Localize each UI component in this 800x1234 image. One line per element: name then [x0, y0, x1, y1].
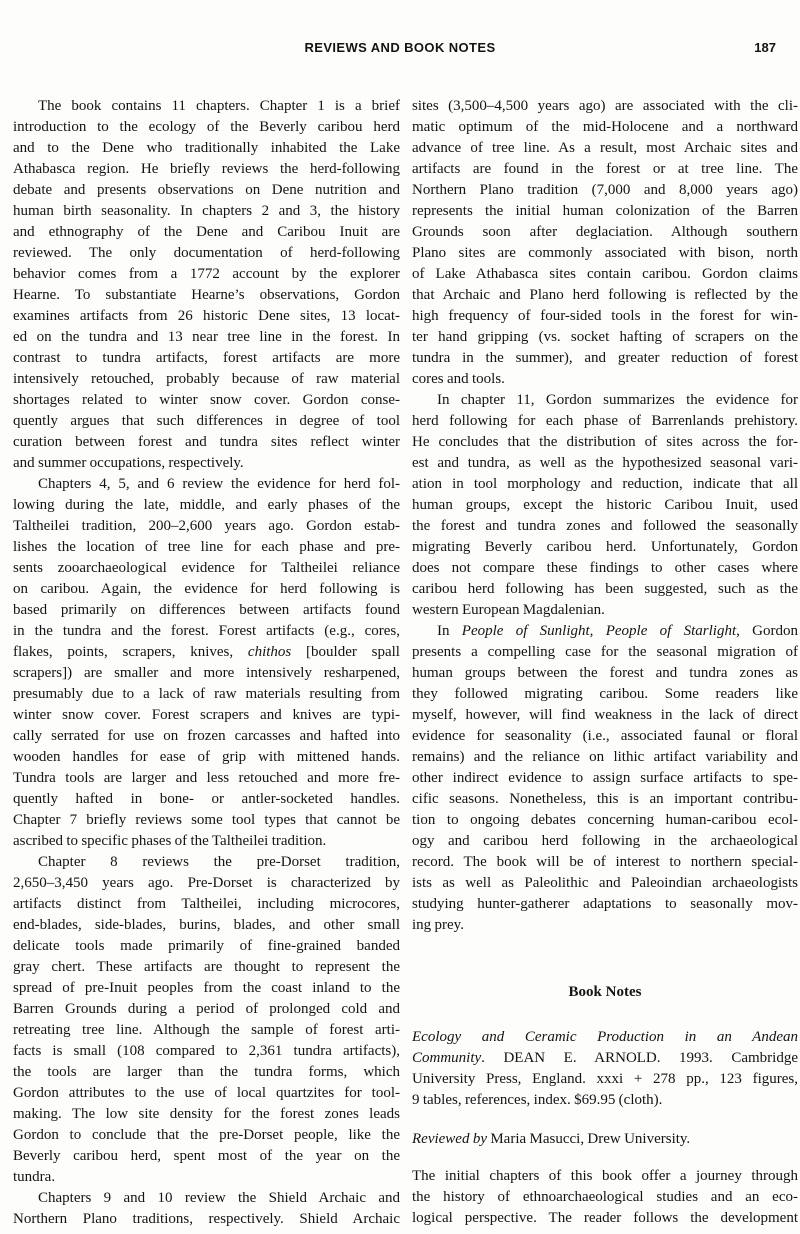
text-line: Reviewed by Maria Masucci, Drew Universi…	[412, 1129, 798, 1150]
text-line: Athabasca region. He briefly reviews the…	[13, 159, 400, 180]
text-line: does not compare these findings to other…	[412, 558, 798, 579]
text-line: ter hand gripping (vs. socket hafting of…	[412, 327, 798, 348]
paragraph: sites (3,500–4,500 years ago) are associ…	[412, 96, 798, 390]
text-line: the forest and tundra zones and followed…	[412, 516, 798, 537]
text-line: The initial chapters of this book offer …	[412, 1166, 798, 1187]
text-line: quently hafted in bone- or antler-socket…	[13, 789, 400, 810]
text-line: In chapter 11, Gordon summarizes the evi…	[412, 390, 798, 411]
text-line: shortages related to winter snow cover. …	[13, 390, 400, 411]
text-line: University Press, England. xxxi + 278 pp…	[412, 1069, 798, 1090]
text-line: tundra.	[13, 1167, 400, 1188]
paragraph: The initial chapters of this book offer …	[412, 1166, 798, 1229]
text-line: end-blades, side-blades, burins, blades,…	[13, 915, 400, 936]
text-line: debate and presents observations on Dene…	[13, 180, 400, 201]
text-line: The book contains 11 chapters. Chapter 1…	[13, 96, 400, 117]
text-line: Gordon attributes to the use of local qu…	[13, 1083, 400, 1104]
text-line: they followed migrating caribou. Some re…	[412, 684, 798, 705]
text-line: Chapters 4, 5, and 6 review the evidence…	[13, 474, 400, 495]
text-line: Hearne. To substantiate Hearne’s observa…	[13, 285, 400, 306]
text-line: the tools are larger than the tundra for…	[13, 1062, 400, 1083]
text-line: spread of pre-Inuit peoples from the coa…	[13, 978, 400, 999]
page-number: 187	[754, 40, 776, 55]
text-line: of Lake Athabasca sites contain caribou.…	[412, 264, 798, 285]
section-heading: Book Notes	[412, 982, 798, 1003]
text-line: Northern Plano tradition (7,000 and 8,00…	[412, 180, 798, 201]
text-line: facts is small (108 compared to 2,361 tu…	[13, 1041, 400, 1062]
text-line: in the tundra and the forest. Forest art…	[13, 621, 400, 642]
text-line: 2,650–3,450 years ago. Pre-Dorset is cha…	[13, 873, 400, 894]
paragraph: The book contains 11 chapters. Chapter 1…	[13, 96, 400, 474]
text-line: human birth seasonality. In chapters 2 a…	[13, 201, 400, 222]
text-line: behavior comes from a 1772 account by th…	[13, 264, 400, 285]
text-line: record. The book will be of interest to …	[412, 852, 798, 873]
text-line: Ecology and Ceramic Production in an And…	[412, 1027, 798, 1048]
text-line: tion to ongoing debates concerning human…	[412, 810, 798, 831]
text-line: presumably due to a lack of raw material…	[13, 684, 400, 705]
text-line: Grounds soon after deglaciation. Althoug…	[412, 222, 798, 243]
text-line: lowing during the late, middle, and earl…	[13, 495, 400, 516]
text-line: delicate tools made primarily of fine-gr…	[13, 936, 400, 957]
text-line: Chapter 8 reviews the pre-Dorset traditi…	[13, 852, 400, 873]
text-line: lishes the location of tree line for eac…	[13, 537, 400, 558]
text-line: evidence for seasonality (i.e., associat…	[412, 726, 798, 747]
text-line: Beverly caribou herd, spent most of the …	[13, 1146, 400, 1167]
text-line: gray chert. These artifacts are thought …	[13, 957, 400, 978]
text-line: ogy and caribou herd following in the ar…	[412, 831, 798, 852]
paragraph: In chapter 11, Gordon summarizes the evi…	[412, 390, 798, 621]
text-line: migrating Beverly caribou herd. Unfortun…	[412, 537, 798, 558]
text-line: presents a compelling case for the seaso…	[412, 642, 798, 663]
text-line: retreating tree line. Although the sampl…	[13, 1020, 400, 1041]
text-line: herd following for each phase of Barrenl…	[412, 411, 798, 432]
text-line: reviewed. The only documentation of herd…	[13, 243, 400, 264]
text-line: Northern Plano traditions, respectively.…	[13, 1209, 400, 1230]
right-column: sites (3,500–4,500 years ago) are associ…	[412, 96, 798, 1229]
text-line: human groups between the forest and tund…	[412, 663, 798, 684]
text-line: sents zooarchaeological evidence for Tal…	[13, 558, 400, 579]
paragraph: Chapters 4, 5, and 6 review the evidence…	[13, 474, 400, 852]
text-line: artifacts are found in the forest or at …	[412, 159, 798, 180]
paragraph: In People of Sunlight, People of Starlig…	[412, 621, 798, 936]
text-line: represents the initial human colonizatio…	[412, 201, 798, 222]
text-line: examines artifacts from 26 historic Dene…	[13, 306, 400, 327]
text-line: caribou herd following has been suggeste…	[412, 579, 798, 600]
text-line: flakes, points, scrapers, knives, chitho…	[13, 642, 400, 663]
text-line: tundra in the summer), and greater reduc…	[412, 348, 798, 369]
paragraph: Ecology and Ceramic Production in an And…	[412, 1027, 798, 1111]
text-line: cific seasons. Nonetheless, this is an i…	[412, 789, 798, 810]
text-line: making. The low site density for the for…	[13, 1104, 400, 1125]
text-line: cally serrated for use on frozen carcass…	[13, 726, 400, 747]
text-line: Barren Grounds during a period of prolon…	[13, 999, 400, 1020]
text-line: In People of Sunlight, People of Starlig…	[412, 621, 798, 642]
text-line: Chapters 9 and 10 review the Shield Arch…	[13, 1188, 400, 1209]
text-line: quently argues that such differences in …	[13, 411, 400, 432]
text-line: cores and tools.	[412, 369, 798, 390]
paragraph: Reviewed by Maria Masucci, Drew Universi…	[412, 1129, 798, 1150]
text-line: Plano sites are commonly associated with…	[412, 243, 798, 264]
text-line: other indirect evidence to assign surfac…	[412, 768, 798, 789]
left-column: The book contains 11 chapters. Chapter 1…	[13, 96, 400, 1230]
text-line: ists as well as Paleolithic and Paleoind…	[412, 873, 798, 894]
text-line: ation in tool morphology and reduction, …	[412, 474, 798, 495]
text-line: scrapers]) are smaller and more intensiv…	[13, 663, 400, 684]
text-line: myself, however, will find weakness in t…	[412, 705, 798, 726]
text-line: intensively retouched, probably because …	[13, 369, 400, 390]
text-line: and to the Dene who traditionally inhabi…	[13, 138, 400, 159]
running-head-title: REVIEWS AND BOOK NOTES	[0, 40, 800, 55]
text-line: Community. DEAN E. ARNOLD. 1993. Cambrid…	[412, 1048, 798, 1069]
text-line: remains) and the reliance on lithic arti…	[412, 747, 798, 768]
text-line: the history of ethnoarchaeological studi…	[412, 1187, 798, 1208]
text-line: high frequency of four-sided tools in th…	[412, 306, 798, 327]
text-line: sites (3,500–4,500 years ago) are associ…	[412, 96, 798, 117]
text-line: and ethnography of the Dene and Caribou …	[13, 222, 400, 243]
text-line: and summer occupations, respectively.	[13, 453, 400, 474]
text-line: curation between forest and tundra sites…	[13, 432, 400, 453]
text-line: Gordon to conclude that the pre-Dorset p…	[13, 1125, 400, 1146]
text-line: ed on the tundra and 13 near tree line i…	[13, 327, 400, 348]
text-line: studying hunter-gatherer adaptations to …	[412, 894, 798, 915]
text-line: human groups, except the historic Caribo…	[412, 495, 798, 516]
text-line: artifacts distinct from Taltheilei, incl…	[13, 894, 400, 915]
text-line: He concludes that the distribution of si…	[412, 432, 798, 453]
text-line: introduction to the ecology of the Bever…	[13, 117, 400, 138]
text-line: ing prey.	[412, 915, 798, 936]
paragraph: Chapter 8 reviews the pre-Dorset traditi…	[13, 852, 400, 1188]
text-line: that Archaic and Plano herd following is…	[412, 285, 798, 306]
text-line: based primarily on differences between a…	[13, 600, 400, 621]
text-line: advance of tree line. As a result, most …	[412, 138, 798, 159]
text-line: western European Magdalenian.	[412, 600, 798, 621]
text-line: 9 tables, references, index. $69.95 (clo…	[412, 1090, 798, 1111]
paragraph: Chapters 9 and 10 review the Shield Arch…	[13, 1188, 400, 1230]
text-line: Taltheilei tradition, 200–2,600 years ag…	[13, 516, 400, 537]
text-line: contrast to tundra artifacts, forest art…	[13, 348, 400, 369]
text-line: on caribou. Again, the evidence for herd…	[13, 579, 400, 600]
text-line: est and tundra, as well as the hypothesi…	[412, 453, 798, 474]
text-line: Chapter 7 briefly reviews some tool type…	[13, 810, 400, 831]
text-line: matic optimum of the mid-Holocene and a …	[412, 117, 798, 138]
text-line: wooden handles for ease of grip with mit…	[13, 747, 400, 768]
text-line: winter snow cover. Forest scrapers and k…	[13, 705, 400, 726]
text-line: ascribed to specific phases of the Talth…	[13, 831, 400, 852]
text-line: Tundra tools are larger and less retouch…	[13, 768, 400, 789]
text-line: logical perspective. The reader follows …	[412, 1208, 798, 1229]
